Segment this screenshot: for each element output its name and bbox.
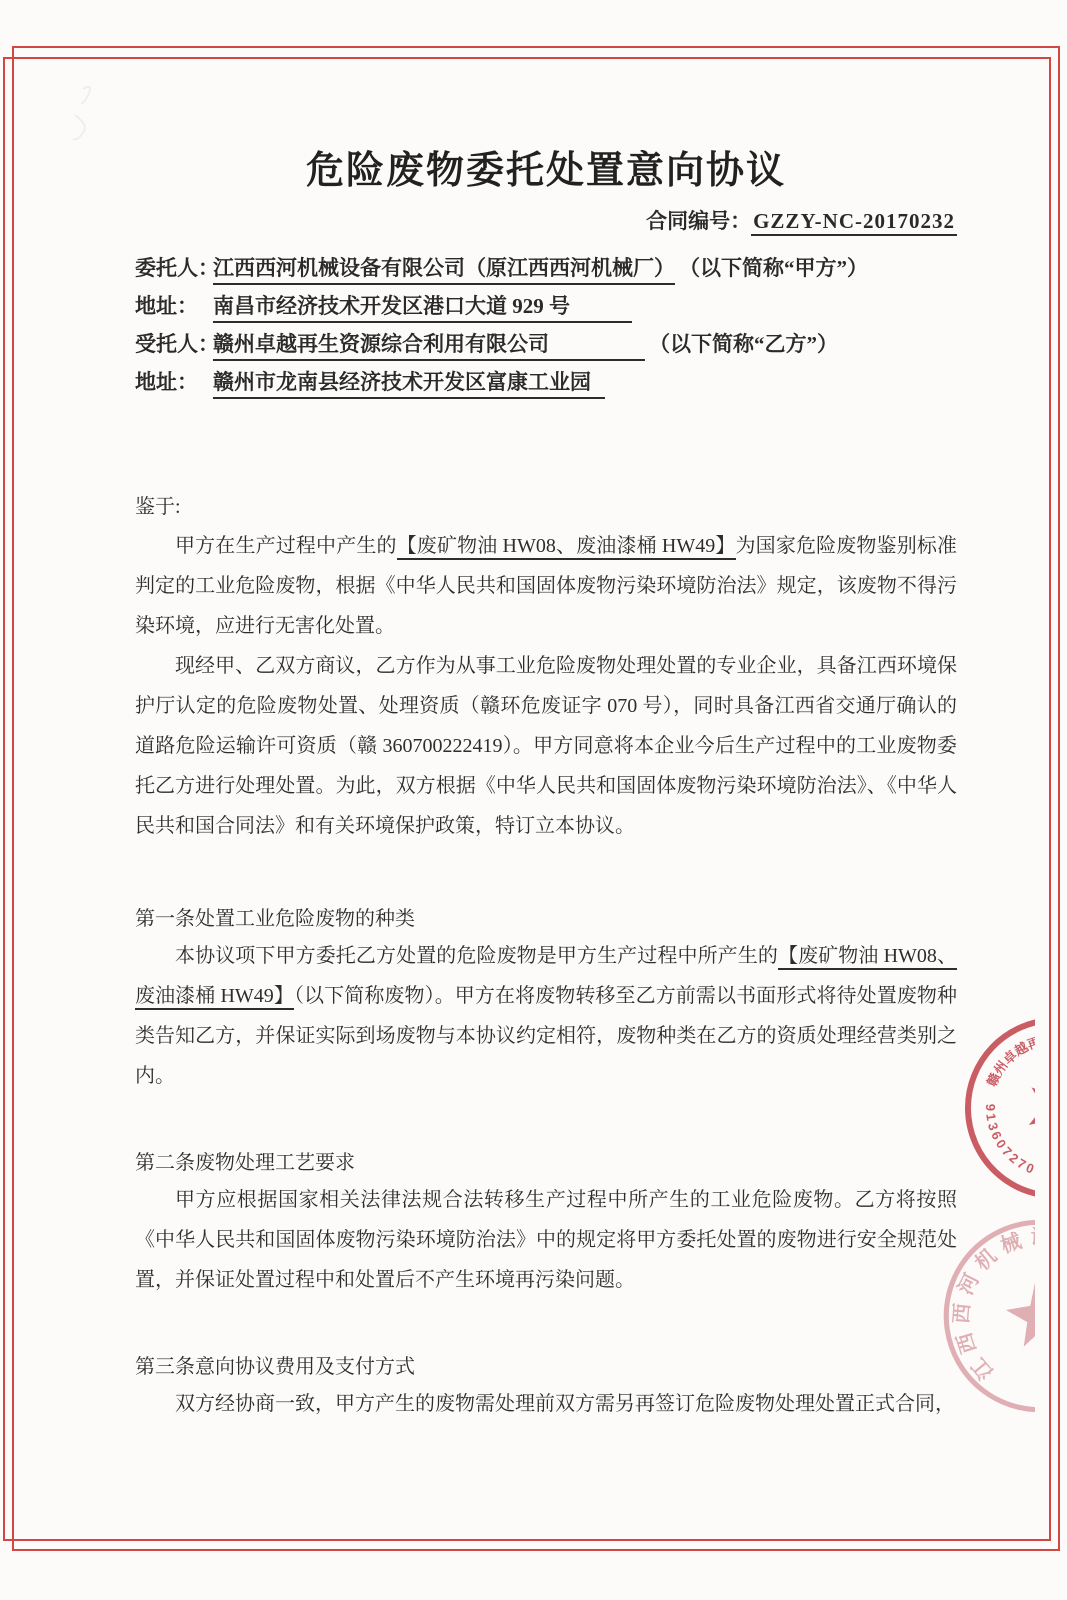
article2-paragraph: 甲方应根据国家相关法律法规合法转移生产过程中所产生的工业危险废物。乙方将按照《中… — [135, 1180, 957, 1300]
contract-number-label: 合同编号： — [646, 209, 751, 233]
consignor-address-row: 地址： 南昌市经济技术开发区港口大道 929 号 — [135, 290, 957, 328]
upper-seal-credit-code: 91360727079035360 — [964, 1099, 1035, 1202]
consignor-name: 江西西河机械设备有限公司（原江西西河机械厂） — [213, 252, 675, 285]
consignor-alias: （以下简称“甲方”） — [679, 252, 868, 282]
upper-seal-graphic: 赣州卓越再生资源综合利用有限公司 91360727079035360 — [956, 1007, 1035, 1209]
upper-company-seal: 赣州卓越再生资源综合利用有限公司 91360727079035360 — [956, 1007, 1035, 1209]
article1-pre: 本协议项下甲方委托乙方处置的危险废物是甲方生产过程中所产生的 — [175, 945, 778, 967]
article3-heading: 第三条意向协议费用及支付方式 — [135, 1350, 957, 1384]
scanned-contract-page: { "document": { "title": "危险废物委托处置意向协议",… — [0, 0, 1067, 1600]
contract-number-line: 合同编号：GZZY-NC-20170232 — [135, 206, 957, 236]
whereas-paragraph-1: 甲方在生产过程中产生的【废矿物油 HW08、废油漆桶 HW49】为国家危险废物鉴… — [135, 526, 957, 646]
contract-number-value: GZZY-NC-20170232 — [751, 209, 957, 236]
article1-heading: 第一条处置工业危险废物的种类 — [135, 902, 957, 936]
contract-body: 危险废物委托处置意向协议 合同编号：GZZY-NC-20170232 委托人： … — [135, 146, 957, 1424]
whereas-label: 鉴于: — [135, 490, 957, 524]
consignee-address: 赣州市龙南县经济技术开发区富康工业园 — [213, 366, 605, 399]
consignee-label: 受托人： — [135, 328, 213, 358]
whereas-paragraph-2: 现经甲、乙双方商议，乙方作为从事工业危险废物处理处置的专业企业，具备江西环境保护… — [135, 646, 957, 846]
consignee-name: 赣州卓越再生资源综合利用有限公司 — [213, 328, 645, 361]
parties-block: 委托人： 江西西河机械设备有限公司（原江西西河机械厂） （以下简称“甲方”） 地… — [135, 252, 957, 404]
consignor-address-label: 地址： — [135, 290, 213, 320]
consignee-address-row: 地址： 赣州市龙南县经济技术开发区富康工业园 — [135, 366, 957, 404]
upper-seal-star-icon — [1018, 1067, 1035, 1143]
upper-seal-company-arc: 赣州卓越再生资源综合利用有限公司 — [984, 1009, 1035, 1141]
consignee-row: 受托人： 赣州卓越再生资源综合利用有限公司 （以下简称“乙方”） — [135, 328, 957, 366]
consignor-address: 南昌市经济技术开发区港口大道 929 号 — [213, 290, 632, 323]
whereas-p1-pre: 甲方在生产过程中产生的 — [175, 535, 397, 557]
svg-text:91360727079035360: 91360727079035360 — [964, 1099, 1035, 1202]
article3-paragraph: 双方经协商一致，甲方产生的废物需处理前双方需另再签订危险废物处理处置正式合同， — [135, 1384, 957, 1424]
consignee-alias: （以下简称“乙方”） — [649, 328, 838, 358]
svg-text:赣州卓越再生资源综合利用有限公司: 赣州卓越再生资源综合利用有限公司 — [984, 1009, 1035, 1141]
consignor-row: 委托人： 江西西河机械设备有限公司（原江西西河机械厂） （以下简称“甲方”） — [135, 252, 957, 290]
lower-seal-star-icon — [1003, 1277, 1035, 1348]
whereas-p1-waste-codes: 【废矿物油 HW08、废油漆桶 HW49】 — [397, 535, 736, 560]
document-title: 危险废物委托处置意向协议 — [135, 146, 957, 196]
consignee-address-label: 地址： — [135, 366, 213, 396]
article1-paragraph: 本协议项下甲方委托乙方处置的危险废物是甲方生产过程中所产生的【废矿物油 HW08… — [135, 936, 957, 1096]
article2-heading: 第二条废物处理工艺要求 — [135, 1146, 957, 1180]
consignor-label: 委托人： — [135, 252, 213, 282]
